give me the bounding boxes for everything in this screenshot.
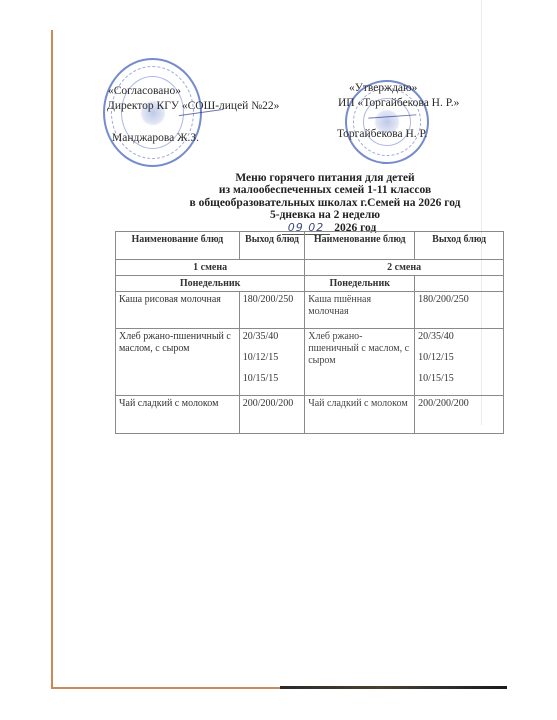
approval-signatory: Манджарова Ж.З. [112,131,279,146]
yield-value: 20/35/40 [418,331,500,343]
table-row: Чай сладкий с молоком 200/200/200 Чай сл… [116,396,504,434]
title-line-2: из малообеспеченных семей 1-11 классов [120,184,530,196]
page-edge-bottom-shadow [280,686,507,689]
dish-shift-2: Чай сладкий с молоком [305,396,415,434]
dish-shift-1: Чай сладкий с молоком [116,396,240,434]
yield-value: 20/35/40 [243,331,302,343]
header-yield-2: Выход блюд [415,232,504,260]
title-line-4: 5-дневка на 2 неделю [120,209,530,221]
yield-shift-2: 180/200/250 [415,292,504,329]
title-line-1: Меню горячего питания для детей [120,172,530,184]
table-row: Каша рисовая молочная 180/200/250 Каша п… [116,292,504,329]
yield-shift-2: 20/35/40 10/12/15 10/15/15 [415,329,504,396]
approval-label: «Утверждаю» [349,81,459,96]
header-yield: Выход блюд [239,232,305,260]
yield-shift-2: 200/200/200 [415,396,504,434]
dish-shift-1: Хлеб ржано-пшеничный с маслом, с сыром [116,329,240,396]
yield-shift-1: 180/200/250 [239,292,305,329]
day-row: Понедельник Понедельник [116,276,504,292]
yield-value: 10/15/15 [243,373,302,385]
dish-shift-1: Каша рисовая молочная [116,292,240,329]
table-header-row: Наименование блюд Выход блюд Наименовани… [116,232,504,260]
yield-value: 10/12/15 [418,352,500,364]
shift-1-label: 1 смена [116,260,305,276]
approval-signatory: Торгайбекова Н. Р. [337,127,459,142]
page-edge-bottom [51,687,281,689]
yield-value: 10/15/15 [418,373,500,385]
approval-block-agreed: «Согласовано» Директор КГУ «СОШ-лицей №2… [108,84,279,146]
header-dish-name-2: Наименование блюд [305,232,415,260]
day-2-label: Понедельник [305,276,415,292]
title-line-3: в общеобразовательных школах г.Семей на … [120,197,530,209]
approval-label: «Согласовано» [108,84,279,99]
day-1-label: Понедельник [116,276,305,292]
shift-row: 1 смена 2 смена [116,260,504,276]
shift-2-label: 2 смена [305,260,504,276]
yield-value: 200/200/200 [418,398,500,410]
yield-value: 180/200/250 [243,294,302,306]
page-edge-left [51,30,53,689]
dish-shift-2: Каша пшённая молочная [305,292,415,329]
document-title: Меню горячего питания для детей из малоо… [120,172,530,235]
header-dish-name: Наименование блюд [116,232,240,260]
yield-value: 180/200/250 [418,294,500,306]
yield-value: 10/12/15 [243,352,302,364]
dish-shift-2: Хлеб ржано-пшеничный с маслом, с сыром [305,329,415,396]
menu-table: Наименование блюд Выход блюд Наименовани… [115,231,504,434]
yield-value: 200/200/200 [243,398,302,410]
day-2-empty [415,276,504,292]
yield-shift-1: 200/200/200 [239,396,305,434]
yield-shift-1: 20/35/40 10/12/15 10/15/15 [239,329,305,396]
table-row: Хлеб ржано-пшеничный с маслом, с сыром 2… [116,329,504,396]
